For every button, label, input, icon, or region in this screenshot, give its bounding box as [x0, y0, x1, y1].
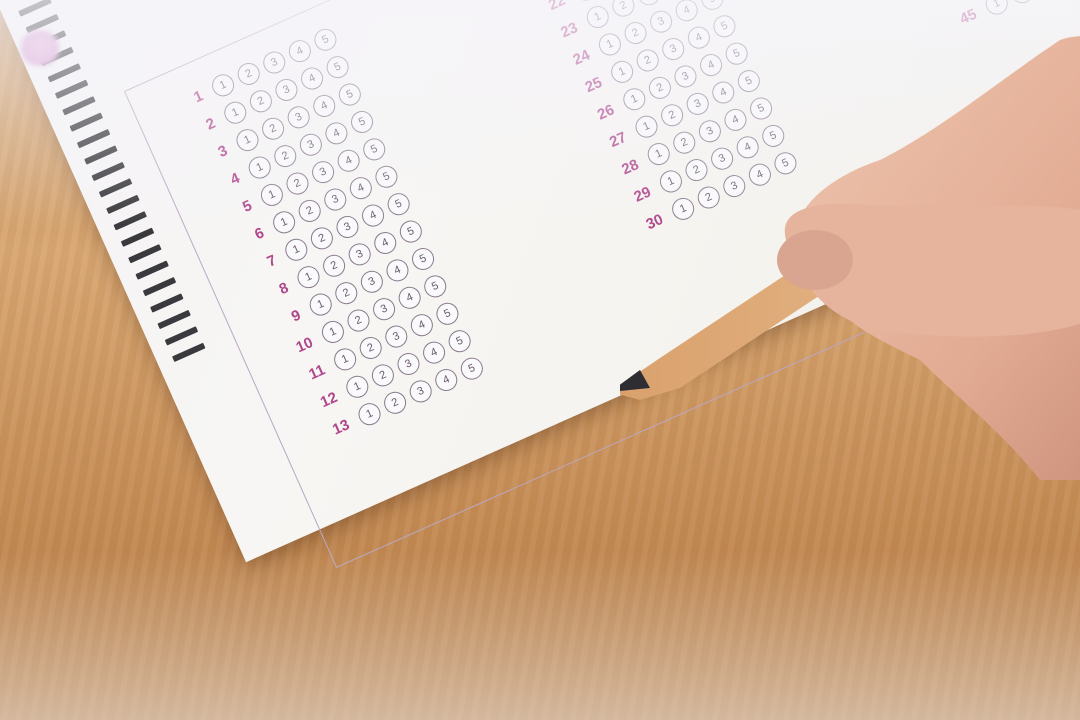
answer-bubble[interactable]: 1 [270, 208, 299, 237]
timing-mark [165, 326, 199, 345]
hand-with-pencil [620, 0, 1080, 480]
answer-bubble[interactable]: 2 [332, 279, 361, 308]
answer-bubble[interactable]: 5 [433, 299, 462, 328]
timing-mark [91, 162, 125, 181]
answer-bubble[interactable]: 5 [311, 25, 340, 54]
answer-bubble[interactable]: 2 [271, 142, 300, 171]
answer-bubble[interactable]: 1 [294, 263, 323, 292]
answer-bubble[interactable]: 1 [209, 71, 238, 100]
answer-bubble[interactable]: 1 [306, 290, 335, 319]
answer-bubble[interactable]: 4 [285, 37, 314, 66]
answer-bubble[interactable]: 3 [357, 267, 386, 296]
answer-bubble[interactable]: 4 [383, 256, 412, 285]
timing-mark [18, 0, 52, 17]
answer-bubble[interactable]: 5 [409, 244, 438, 273]
answer-bubble[interactable]: 3 [260, 48, 289, 77]
answer-bubble[interactable]: 5 [360, 135, 389, 164]
timing-mark [150, 293, 184, 312]
answer-bubble[interactable]: 5 [335, 80, 364, 109]
answer-bubble[interactable]: 1 [583, 3, 612, 32]
answer-bubble[interactable]: 4 [310, 91, 339, 120]
answer-bubble[interactable]: 4 [322, 119, 351, 148]
timing-mark [157, 310, 191, 329]
answer-bubble[interactable]: 3 [296, 130, 325, 159]
answer-bubble[interactable]: 4 [407, 311, 436, 340]
answer-bubble[interactable]: 1 [257, 180, 286, 209]
answer-bubble[interactable]: 4 [432, 365, 461, 394]
timing-mark [121, 228, 155, 247]
timing-mark [77, 129, 111, 148]
hand-icon [777, 36, 1080, 480]
answer-bubble[interactable]: 3 [382, 322, 411, 351]
answer-bubble[interactable]: 4 [334, 146, 363, 175]
sheet-logo [18, 30, 62, 66]
answer-bubble[interactable]: 3 [406, 377, 435, 406]
answer-bubble[interactable]: 2 [283, 169, 312, 198]
answer-bubble[interactable]: 3 [309, 158, 338, 187]
answer-bubble[interactable]: 1 [318, 317, 347, 346]
answer-bubble[interactable]: 2 [295, 196, 324, 225]
answer-bubble[interactable]: 4 [359, 201, 388, 230]
answer-bubble[interactable]: 5 [421, 272, 450, 301]
answer-bubble[interactable]: 5 [396, 217, 425, 246]
answer-bubble[interactable]: 3 [272, 75, 301, 104]
answer-bubble[interactable]: 5 [348, 107, 377, 136]
answer-bubble[interactable]: 3 [370, 295, 399, 324]
answer-bubble[interactable]: 2 [234, 59, 263, 88]
answer-bubble[interactable]: 4 [371, 228, 400, 257]
answer-bubble[interactable]: 2 [356, 333, 385, 362]
timing-mark [143, 277, 177, 296]
answer-bubble[interactable]: 2 [344, 306, 373, 335]
answer-bubble[interactable]: 3 [333, 212, 362, 241]
timing-mark [62, 96, 96, 115]
timing-mark [172, 343, 206, 362]
timing-mark [135, 260, 169, 279]
answer-bubble[interactable]: 5 [384, 190, 413, 219]
answer-bubble[interactable]: 3 [321, 185, 350, 214]
answer-bubble[interactable]: 1 [343, 372, 372, 401]
answer-bubble[interactable]: 2 [368, 361, 397, 390]
answer-bubble[interactable]: 1 [355, 400, 384, 429]
answer-bubble[interactable]: 4 [298, 64, 327, 93]
answer-bubble[interactable]: 5 [445, 327, 474, 356]
timing-mark [99, 178, 133, 197]
answer-bubble[interactable]: 1 [221, 98, 250, 127]
answer-bubble[interactable]: 3 [394, 349, 423, 378]
answer-bubble[interactable]: 2 [246, 87, 275, 116]
answer-bubble[interactable]: 1 [233, 126, 262, 155]
answer-bubble[interactable]: 1 [331, 345, 360, 374]
timing-mark [106, 195, 140, 214]
answer-bubble[interactable]: 2 [259, 114, 288, 143]
answer-bubble[interactable]: 1 [245, 153, 274, 182]
timing-mark [113, 211, 147, 230]
answer-bubble[interactable]: 4 [420, 338, 449, 367]
answer-bubble[interactable]: 5 [457, 354, 486, 383]
answer-bubble[interactable]: 5 [372, 162, 401, 191]
timing-mark [48, 63, 82, 82]
timing-mark [84, 145, 118, 164]
answer-bubble[interactable]: 2 [381, 388, 410, 417]
answer-bubble[interactable]: 5 [323, 53, 352, 82]
answer-bubble[interactable]: 1 [282, 235, 311, 264]
answer-bubble[interactable]: 2 [320, 251, 349, 280]
answer-bubble[interactable]: 4 [395, 283, 424, 312]
timing-mark [70, 112, 104, 131]
timing-mark [55, 80, 89, 99]
answer-bubble[interactable]: 2 [307, 224, 336, 253]
timing-mark [128, 244, 162, 263]
answer-bubble[interactable]: 4 [346, 174, 375, 203]
answer-bubble[interactable]: 3 [345, 240, 374, 269]
answer-bubble[interactable]: 3 [284, 103, 313, 132]
